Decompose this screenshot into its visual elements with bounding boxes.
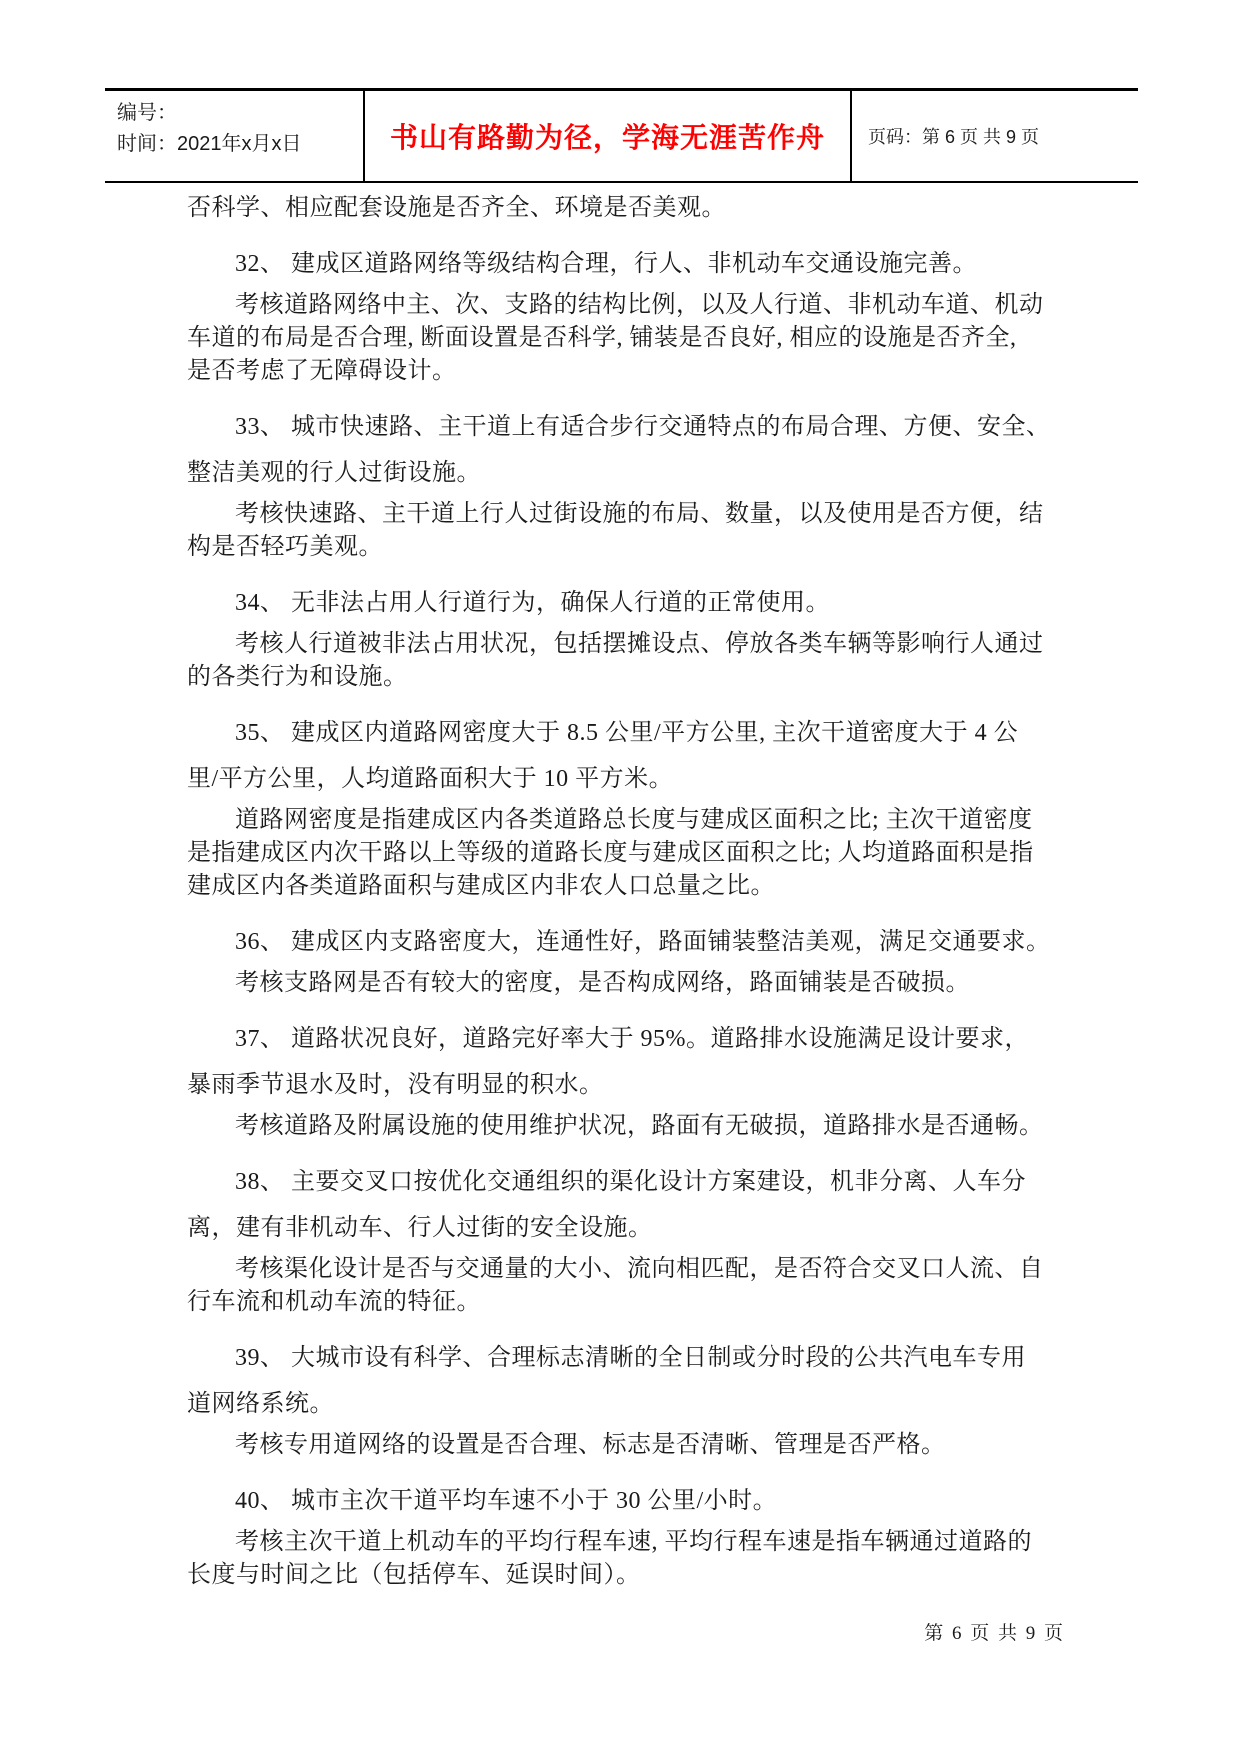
item-heading: 39、 大城市设有科学、合理标志清晰的全日制或分时段的公共汽电车专用道网络系统。: [187, 1335, 1087, 1427]
item-heading: 33、 城市快速路、主干道上有适合步行交通特点的布局合理、方便、安全、整洁美观的…: [187, 404, 1087, 496]
text-line: 考核渠化设计是否与交通量的大小、流向相匹配，是否符合交叉口人流、自: [187, 1253, 1087, 1286]
text-line: 39、 大城市设有科学、合理标志清晰的全日制或分时段的公共汽电车专用: [187, 1335, 1087, 1381]
doc-number-label: 编号：: [117, 98, 363, 129]
text-line: 考核支路网是否有较大的密度，是否构成网络，路面铺装是否破损。: [187, 967, 1087, 1000]
item-heading: 40、 城市主次干道平均车速不小于 30 公里/小时。: [187, 1478, 1087, 1524]
slogan-text: 书山有路勤为径，学海无涯苦作舟: [390, 116, 825, 156]
paragraph: 考核道路及附属设施的使用维护状况，路面有无破损，道路排水是否通畅。: [187, 1110, 1087, 1143]
text-line: 暴雨季节退水及时，没有明显的积水。: [187, 1062, 1087, 1108]
paragraph: 考核快速路、主干道上行人过街设施的布局、数量，以及使用是否方便，结构是否轻巧美观…: [187, 498, 1087, 564]
text-line: 考核专用道网络的设置是否合理、标志是否清晰、管理是否严格。: [187, 1429, 1087, 1462]
item-heading: 35、 建成区内道路网密度大于 8.5 公里/平方公里, 主次干道密度大于 4 …: [187, 710, 1087, 802]
text-line: 考核人行道被非法占用状况，包括摆摊设点、停放各类车辆等影响行人通过: [187, 628, 1087, 661]
text-line: 是否考虑了无障碍设计。: [187, 355, 1087, 388]
text-line: 32、 建成区道路网络等级结构合理，行人、非机动车交通设施完善。: [187, 241, 1087, 287]
text-line: 否科学、相应配套设施是否齐全、环境是否美观。: [187, 192, 1087, 225]
text-line: 考核快速路、主干道上行人过街设施的布局、数量，以及使用是否方便，结: [187, 498, 1087, 531]
text-line: 道路网密度是指建成区内各类道路总长度与建成区面积之比; 主次干道密度: [187, 804, 1087, 837]
paragraph: 道路网密度是指建成区内各类道路总长度与建成区面积之比; 主次干道密度是指建成区内…: [187, 804, 1087, 903]
document-page: 编号： 时间：2021年x月x日 书山有路勤为径，学海无涯苦作舟 页码：第 6 …: [0, 0, 1241, 1754]
text-line: 33、 城市快速路、主干道上有适合步行交通特点的布局合理、方便、安全、: [187, 404, 1087, 450]
text-line: 建成区内各类道路面积与建成区内非农人口总量之比。: [187, 870, 1087, 903]
text-line: 40、 城市主次干道平均车速不小于 30 公里/小时。: [187, 1478, 1087, 1524]
text-line: 的各类行为和设施。: [187, 661, 1087, 694]
paragraph: 考核渠化设计是否与交通量的大小、流向相匹配，是否符合交叉口人流、自行车流和机动车…: [187, 1253, 1087, 1319]
paragraph: 考核人行道被非法占用状况，包括摆摊设点、停放各类车辆等影响行人通过的各类行为和设…: [187, 628, 1087, 694]
item-heading: 36、 建成区内支路密度大，连通性好，路面铺装整洁美观，满足交通要求。: [187, 919, 1087, 965]
text-line: 是指建成区内次干路以上等级的道路长度与建成区面积之比; 人均道路面积是指: [187, 837, 1087, 870]
text-line: 34、 无非法占用人行道行为，确保人行道的正常使用。: [187, 580, 1087, 626]
page-footer: 第 6 页 共 9 页: [187, 1620, 1079, 1648]
item-heading: 34、 无非法占用人行道行为，确保人行道的正常使用。: [187, 580, 1087, 626]
text-line: 考核道路及附属设施的使用维护状况，路面有无破损，道路排水是否通畅。: [187, 1110, 1087, 1143]
item-heading: 37、 道路状况良好，道路完好率大于 95%。道路排水设施满足设计要求，暴雨季节…: [187, 1016, 1087, 1108]
doc-date-line: 时间：2021年x月x日: [117, 129, 363, 160]
paragraph: 考核道路网络中主、次、支路的结构比例，以及人行道、非机动车道、机动车道的布局是否…: [187, 289, 1087, 388]
text-line: 行车流和机动车流的特征。: [187, 1286, 1087, 1319]
document-body: 否科学、相应配套设施是否齐全、环境是否美观。32、 建成区道路网络等级结构合理，…: [187, 192, 1087, 1592]
page-info-text: 页码：第 6 页 共 9 页: [868, 123, 1039, 149]
text-line: 考核主次干道上机动车的平均行程车速, 平均行程车速是指车辆通过道路的: [187, 1526, 1087, 1559]
text-line: 37、 道路状况良好，道路完好率大于 95%。道路排水设施满足设计要求，: [187, 1016, 1087, 1062]
text-line: 考核道路网络中主、次、支路的结构比例，以及人行道、非机动车道、机动: [187, 289, 1087, 322]
item-heading: 38、 主要交叉口按优化交通组织的渠化设计方案建设，机非分离、人车分离，建有非机…: [187, 1159, 1087, 1251]
paragraph: 考核支路网是否有较大的密度，是否构成网络，路面铺装是否破损。: [187, 967, 1087, 1000]
text-line: 36、 建成区内支路密度大，连通性好，路面铺装整洁美观，满足交通要求。: [187, 919, 1087, 965]
text-line: 里/平方公里，人均道路面积大于 10 平方米。: [187, 756, 1087, 802]
text-line: 35、 建成区内道路网密度大于 8.5 公里/平方公里, 主次干道密度大于 4 …: [187, 710, 1087, 756]
text-line: 构是否轻巧美观。: [187, 531, 1087, 564]
paragraph: 考核专用道网络的设置是否合理、标志是否清晰、管理是否严格。: [187, 1429, 1087, 1462]
text-line: 离，建有非机动车、行人过街的安全设施。: [187, 1205, 1087, 1251]
text-line: 长度与时间之比（包括停车、延误时间）。: [187, 1559, 1087, 1592]
header-meta-cell: 编号： 时间：2021年x月x日: [105, 91, 363, 181]
page-header: 编号： 时间：2021年x月x日 书山有路勤为径，学海无涯苦作舟 页码：第 6 …: [105, 88, 1138, 183]
text-line: 道网络系统。: [187, 1381, 1087, 1427]
paragraph: 考核主次干道上机动车的平均行程车速, 平均行程车速是指车辆通过道路的长度与时间之…: [187, 1526, 1087, 1592]
footer-page-indicator: 第 6 页 共 9 页: [924, 1623, 1065, 1644]
text-line: 整洁美观的行人过街设施。: [187, 450, 1087, 496]
header-page-info-cell: 页码：第 6 页 共 9 页: [852, 91, 1138, 181]
text-line: 车道的布局是否合理, 断面设置是否科学, 铺装是否良好, 相应的设施是否齐全,: [187, 322, 1087, 355]
header-slogan-cell: 书山有路勤为径，学海无涯苦作舟: [363, 91, 852, 181]
item-heading: 32、 建成区道路网络等级结构合理，行人、非机动车交通设施完善。: [187, 241, 1087, 287]
paragraph: 否科学、相应配套设施是否齐全、环境是否美观。: [187, 192, 1087, 225]
text-line: 38、 主要交叉口按优化交通组织的渠化设计方案建设，机非分离、人车分: [187, 1159, 1087, 1205]
